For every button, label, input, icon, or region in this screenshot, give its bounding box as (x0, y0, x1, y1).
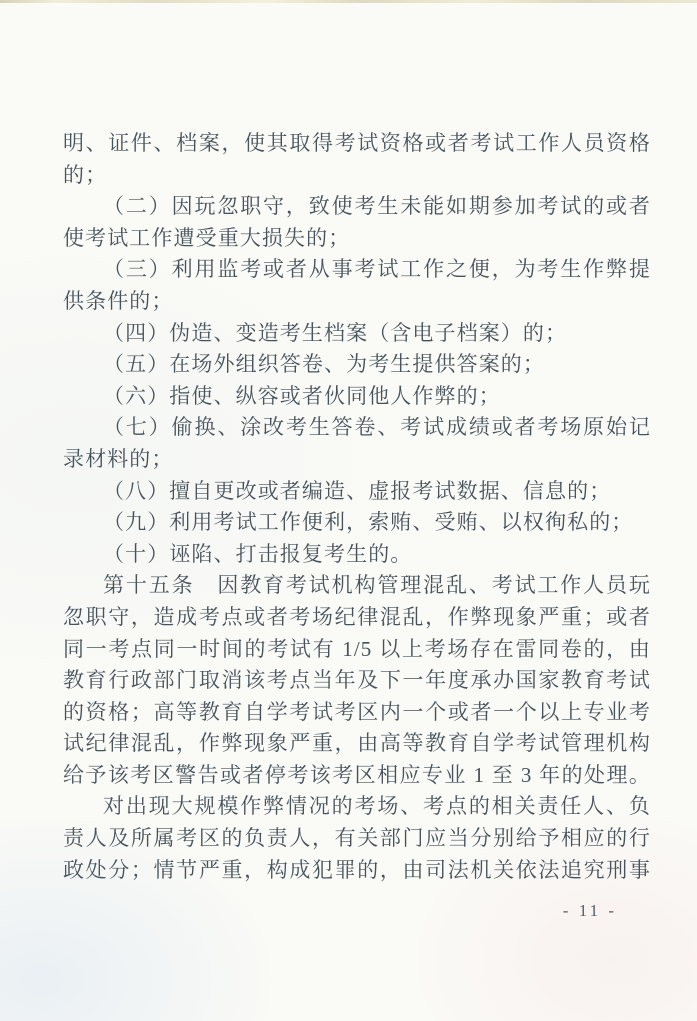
text-line: （七）偷换、涂改考生答卷、考试成绩或者考场原始记 (63, 412, 651, 444)
page-number: - 11 - (563, 901, 617, 921)
text-line: （五）在场外组织答卷、为考生提供答案的； (63, 349, 651, 381)
text-line: 对出现大规模作弊情况的考场、考点的相关责任人、负 (63, 791, 651, 823)
text-line: 忽职守，造成考点或者考场纪律混乱，作弊现象严重；或者 (63, 602, 651, 634)
text-line: （六）指使、纵容或者伙同他人作弊的； (63, 381, 651, 413)
document-body: 明、证件、档案，使其取得考试资格或者考试工作人员资格 的； （二）因玩忽职守，致… (63, 128, 651, 886)
text-line: 的； (63, 160, 651, 192)
text-line: （十）诬陷、打击报复考生的。 (63, 539, 651, 571)
text-line: （二）因玩忽职守，致使考生未能如期参加考试的或者 (63, 191, 651, 223)
scan-edge-artifact (0, 0, 697, 3)
text-line: 责人及所属考区的负责人，有关部门应当分别给予相应的行 (63, 823, 651, 855)
text-line: 政处分；情节严重，构成犯罪的，由司法机关依法追究刑事 (63, 855, 651, 887)
text-line: 第十五条 因教育考试机构管理混乱、考试工作人员玩 (63, 570, 651, 602)
text-line: 供条件的； (63, 286, 651, 318)
text-line: 教育行政部门取消该考点当年及下一年度承办国家教育考试 (63, 665, 651, 697)
text-line: 给予该考区警告或者停考该考区相应专业 1 至 3 年的处理。 (63, 760, 651, 792)
text-line: （九）利用考试工作便利，索贿、受贿、以权徇私的； (63, 507, 651, 539)
document-page: 明、证件、档案，使其取得考试资格或者考试工作人员资格 的； （二）因玩忽职守，致… (0, 0, 697, 1021)
text-line: （三）利用监考或者从事考试工作之便，为考生作弊提 (63, 254, 651, 286)
text-line: 的资格；高等教育自学考试考区内一个或者一个以上专业考 (63, 697, 651, 729)
text-line: 使考试工作遭受重大损失的； (63, 223, 651, 255)
text-line: （四）伪造、变造考生档案（含电子档案）的； (63, 318, 651, 350)
text-line: 明、证件、档案，使其取得考试资格或者考试工作人员资格 (63, 128, 651, 160)
text-line: 试纪律混乱，作弊现象严重，由高等教育自学考试管理机构 (63, 728, 651, 760)
text-line: （八）擅自更改或者编造、虚报考试数据、信息的； (63, 476, 651, 508)
text-line: 同一考点同一时间的考试有 1/5 以上考场存在雷同卷的，由 (63, 634, 651, 666)
text-line: 录材料的； (63, 444, 651, 476)
